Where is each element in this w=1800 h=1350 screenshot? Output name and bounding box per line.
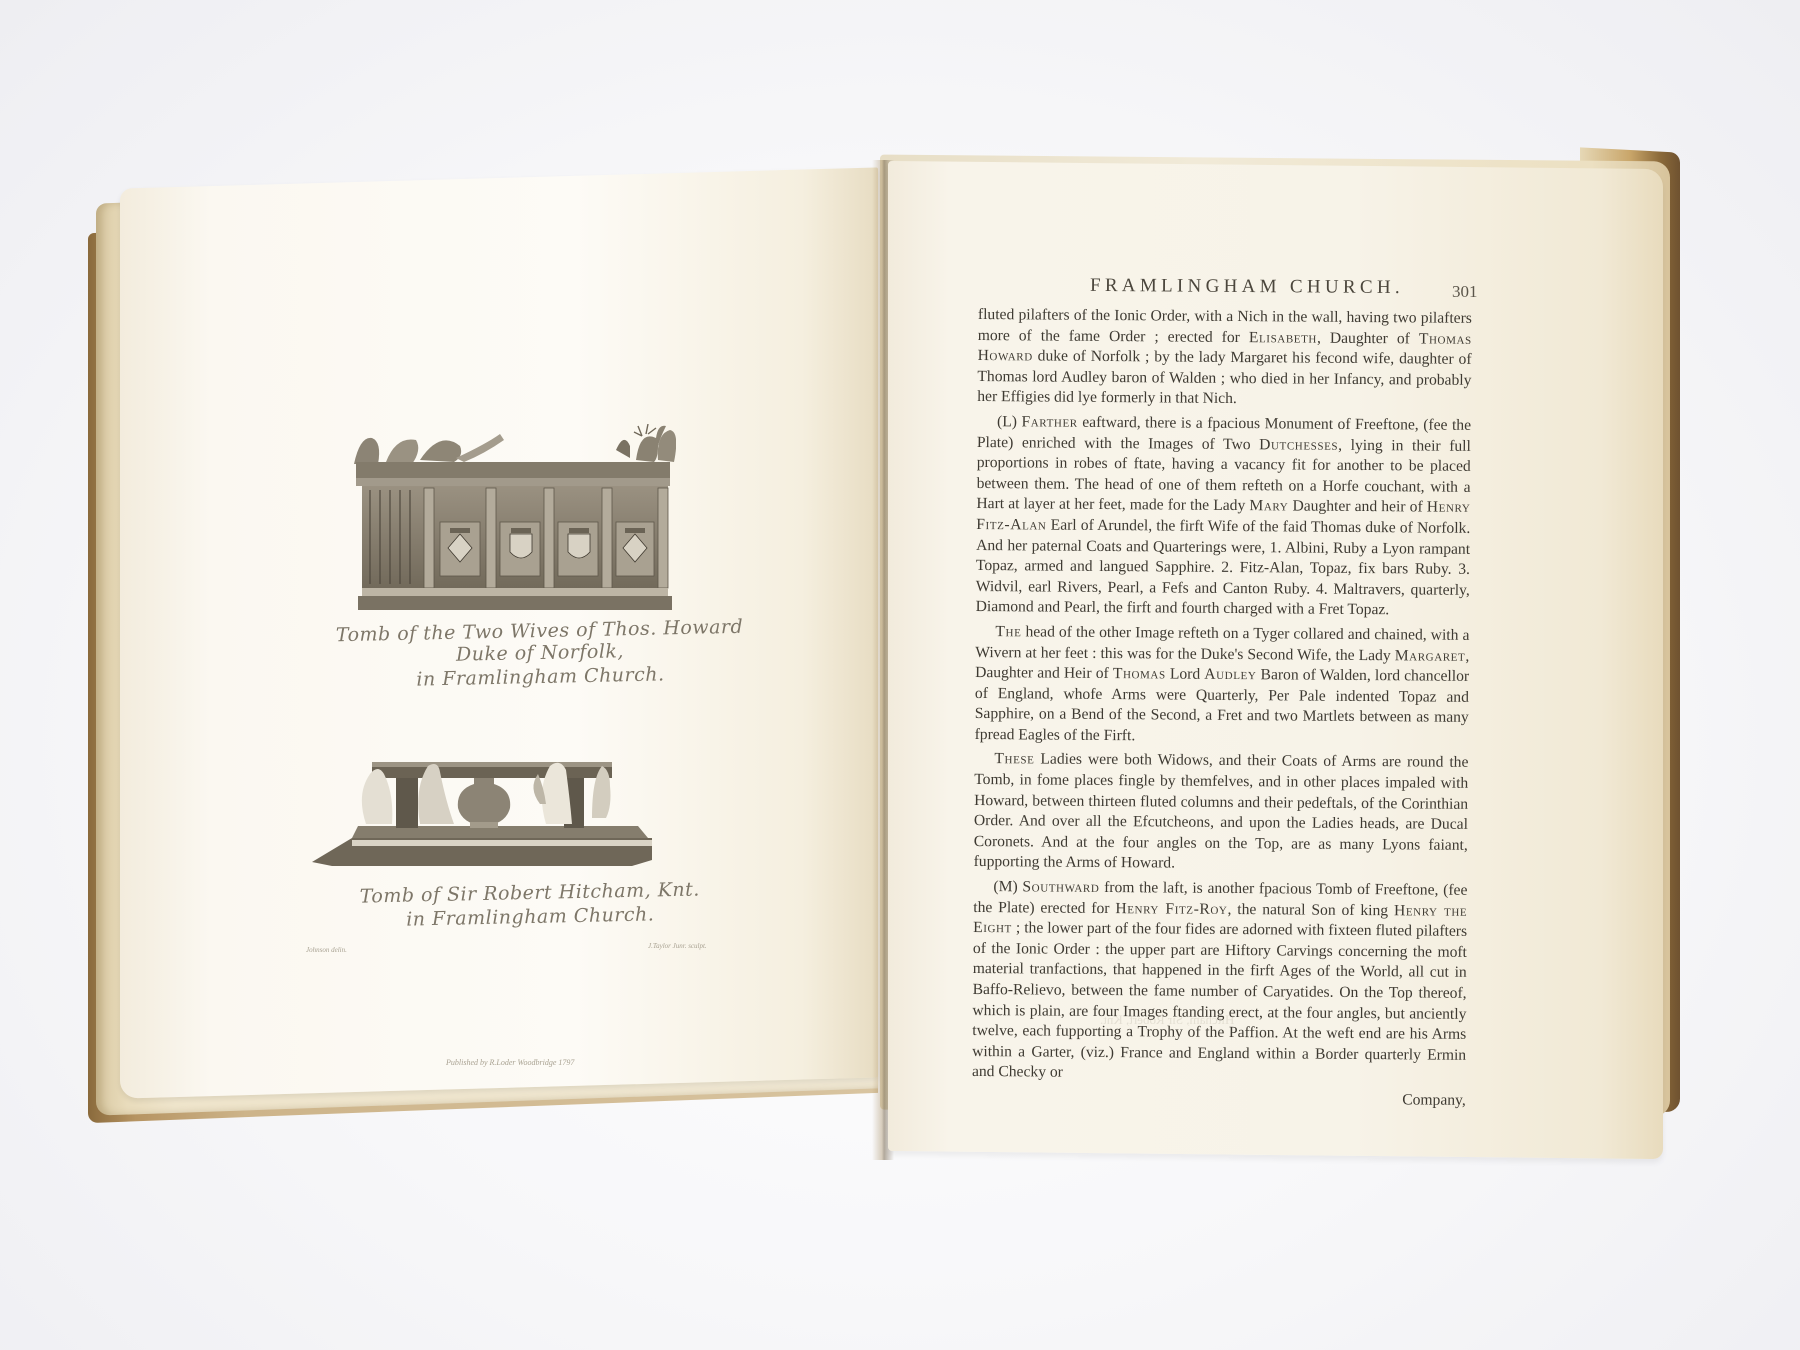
text-run: (M) <box>993 878 1022 895</box>
plate-caption-hitcham: Tomb of Sir Robert Hitcham, Knt. in Fram… <box>330 878 731 932</box>
page-number: 301 <box>1452 282 1478 302</box>
caption-line-1: Tomb of the Two Wives of Thos. Howard Du… <box>309 615 770 669</box>
catchword: Company, <box>972 1087 1466 1111</box>
engraving-tomb-hitcham <box>312 748 662 868</box>
text-run: Earl of Arundel, the firft Wife of the f… <box>976 516 1471 618</box>
small-caps-name: These <box>994 751 1034 768</box>
text-run: Lord <box>1166 666 1205 683</box>
small-caps-name: Dutchesses <box>1259 436 1338 454</box>
publisher-imprint: Published by R.Loder Woodbridge 1797 <box>446 1058 574 1067</box>
small-caps-name: Henry Fitz-Roy <box>1115 900 1227 918</box>
plate-caption-two-wives: Tomb of the Two Wives of Thos. Howard Du… <box>309 615 770 693</box>
artist-credit-delineator: Johnson delin. <box>306 946 347 954</box>
show-through-text: Hitcham, Sir Robert, Knt. <box>1100 1012 1234 1028</box>
text-run: , the natural Son of king <box>1227 901 1394 919</box>
body-paragraph: These Ladies were both Widows, and their… <box>974 749 1469 876</box>
body-paragraph: fluted pilafters of the Ionic Order, wit… <box>977 305 1472 412</box>
engraving-tomb-two-wives <box>346 424 676 614</box>
text-run: , Daughter of <box>1317 329 1419 347</box>
text-run: Daughter and heir of <box>1288 498 1427 516</box>
small-caps-name: Elisabeth <box>1249 329 1317 347</box>
small-caps-name: Farther <box>1021 413 1077 430</box>
hitcham-tomb-illustration <box>312 748 662 868</box>
text-run: duke of Norfolk ; by the lady Margaret h… <box>977 348 1471 408</box>
running-head: FRAMLINGHAM CHURCH. <box>1090 275 1404 299</box>
artist-credit-engraver: J.Taylor Junr. sculpt. <box>648 942 707 950</box>
small-caps-name: Thomas <box>1113 665 1166 682</box>
small-caps-name: Margaret <box>1395 647 1466 665</box>
small-caps-name: Southward <box>1022 878 1099 896</box>
small-caps-name: Audley <box>1204 666 1256 683</box>
small-caps-name: The <box>995 623 1021 640</box>
text-run: ; the lower part of the four fides are a… <box>972 920 1467 1082</box>
text-run: Ladies were both Widows, and their Coats… <box>974 751 1469 872</box>
tomb-chest-illustration <box>346 424 676 614</box>
body-paragraph: The head of the other Image refteth on a… <box>975 622 1470 749</box>
body-paragraph: (L) Farther eaftward, there is a fpaciou… <box>976 412 1472 622</box>
small-caps-name: Mary <box>1249 497 1288 514</box>
right-page-body-text: fluted pilafters of the Ionic Order, wit… <box>972 305 1472 1111</box>
body-paragraph: (M) Southward from the laft, is another … <box>972 877 1468 1087</box>
text-run: (L) <box>997 413 1022 430</box>
